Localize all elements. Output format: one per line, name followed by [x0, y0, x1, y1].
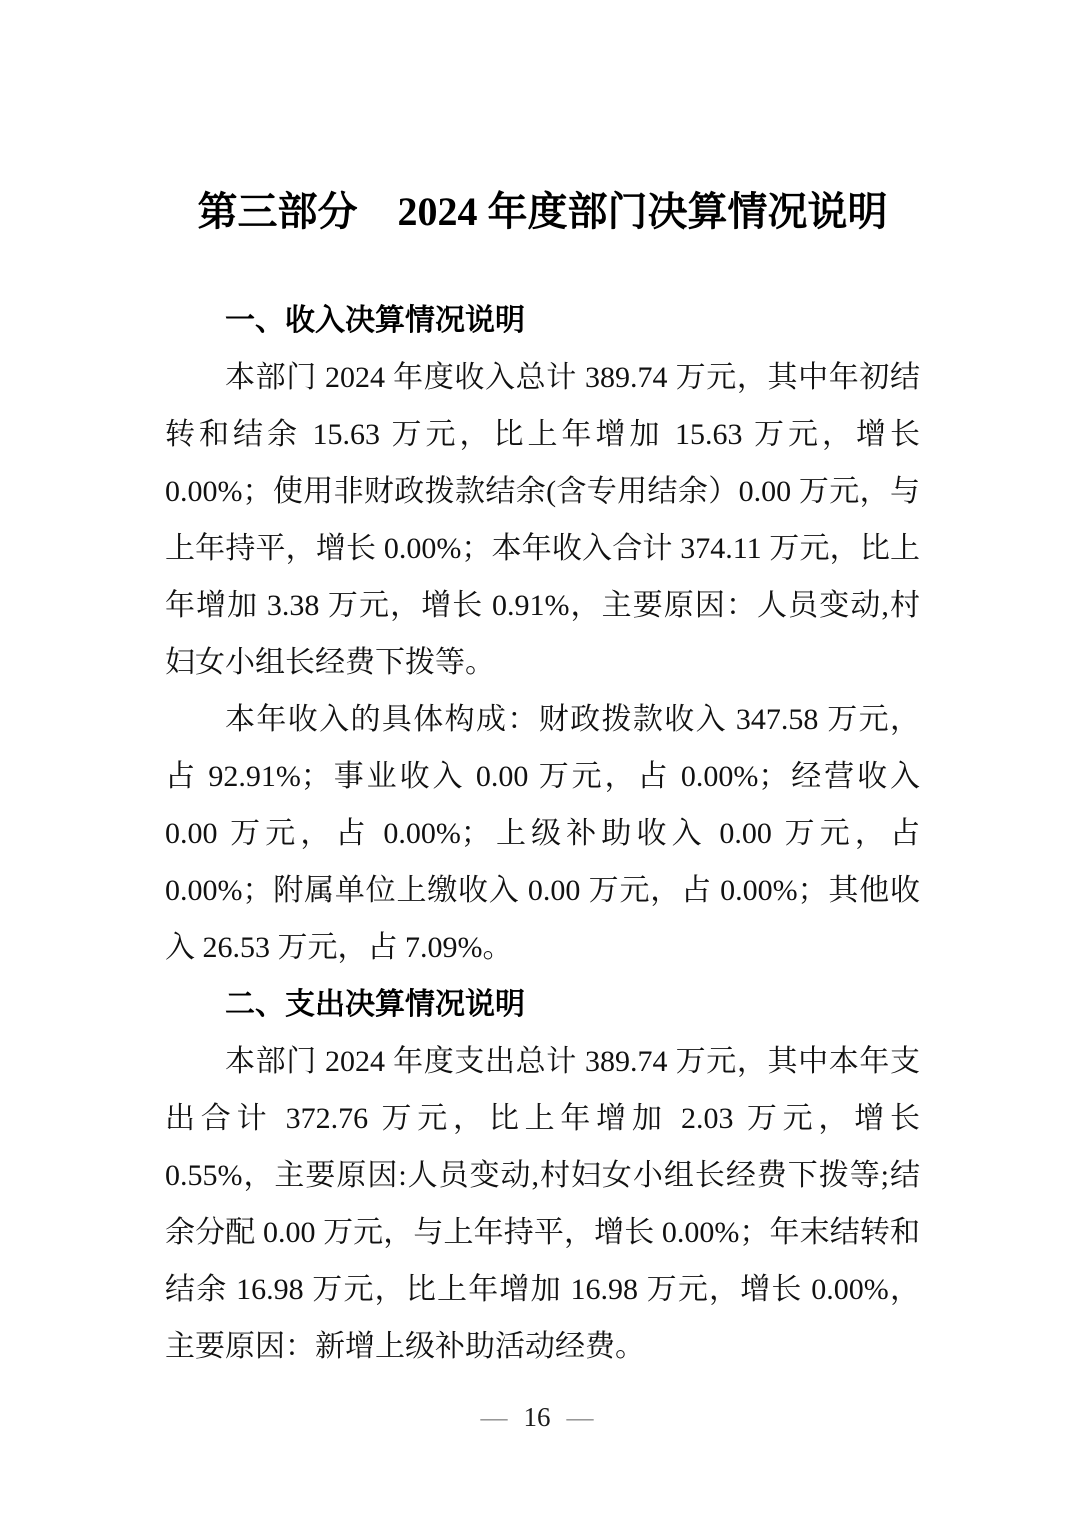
- paragraph-income-composition: 本年收入的具体构成：财政拨款收入 347.58 万元，占 92.91%；事业收入…: [165, 691, 920, 976]
- section-heading-expenditure: 二、支出决算情况说明: [165, 976, 920, 1033]
- paragraph-income-summary: 本部门 2024 年度收入总计 389.74 万元，其中年初结转和结余 15.6…: [165, 349, 920, 691]
- page-footer: —16—: [0, 1400, 1074, 1434]
- page-number: 16: [524, 1402, 551, 1432]
- document-content: 第三部分 2024 年度部门决算情况说明 一、收入决算情况说明 本部门 2024…: [165, 0, 920, 1375]
- document-page: 第三部分 2024 年度部门决算情况说明 一、收入决算情况说明 本部门 2024…: [0, 0, 1074, 1520]
- footer-dash-right: —: [567, 1402, 594, 1432]
- footer-dash-left: —: [481, 1402, 508, 1432]
- section-heading-income: 一、收入决算情况说明: [165, 292, 920, 349]
- document-title: 第三部分 2024 年度部门决算情况说明: [165, 188, 920, 236]
- paragraph-expenditure-summary: 本部门 2024 年度支出总计 389.74 万元，其中本年支出合计 372.7…: [165, 1033, 920, 1375]
